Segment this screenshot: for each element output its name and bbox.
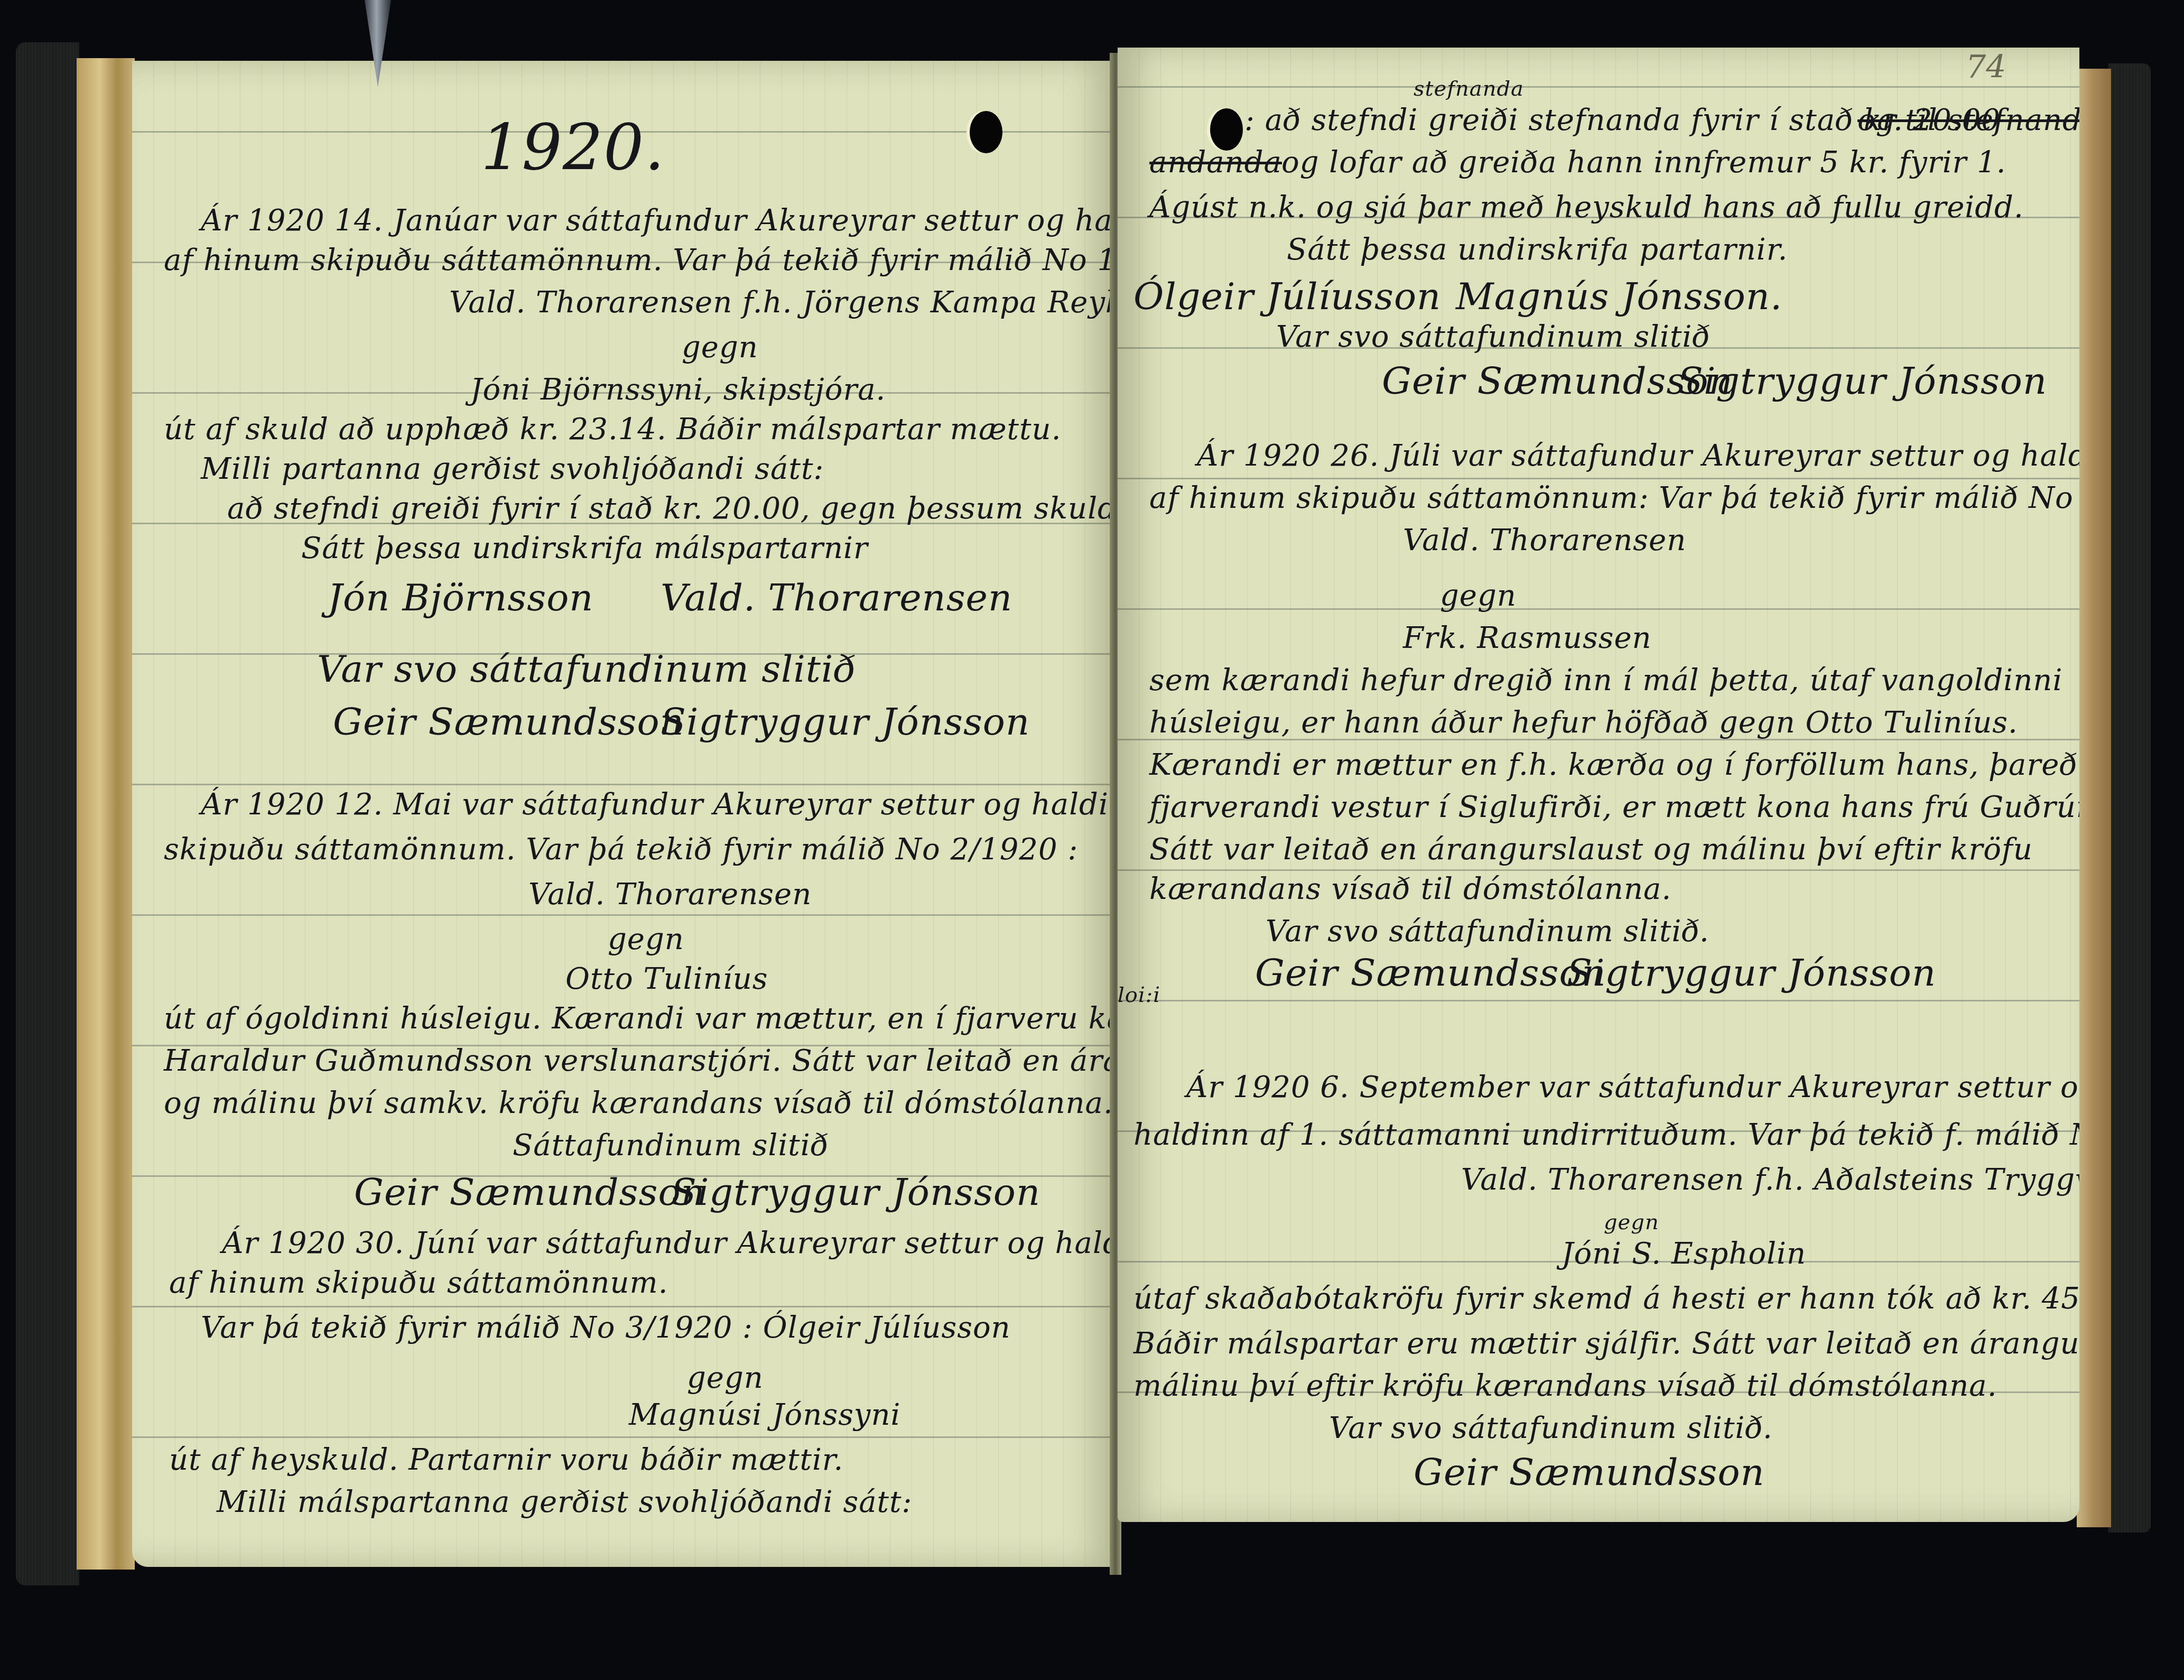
signature: Magnús Jónsson. <box>1456 275 1782 318</box>
signature: Geir Sæmundsson <box>354 1171 705 1214</box>
entry-line: af hinum skipuðu sáttamönnum. <box>169 1266 668 1300</box>
closing-line: Var svo sáttafundinum slitið. <box>1329 1411 1773 1445</box>
entry-line: Var þá tekið fyrir málið No 3/1920 : Ólg… <box>201 1311 1011 1345</box>
party-defendant: Frk. Rasmussen <box>1403 621 1652 655</box>
page-block-edge-right <box>2077 69 2111 1527</box>
entry-line: kærandans vísað til dómstólanna. <box>1149 872 1671 906</box>
signature: Sigtryggur Jónsson <box>661 700 1030 744</box>
signature: Sigtryggur Jónsson <box>1567 951 1936 995</box>
entry-line: út af heyskuld. Partarnir voru báðir mæt… <box>169 1443 843 1477</box>
entry-line: út af skuld að upphæð kr. 23.14. Báðir m… <box>164 412 1061 447</box>
entry-line: haldinn af 1. sáttamanni undirrituðum. V… <box>1133 1118 2079 1152</box>
punch-hole-icon <box>1210 108 1243 151</box>
entry-line: Sátt þessa undirskrifa partarnir. <box>1287 233 1788 267</box>
book-cover-left <box>16 42 79 1585</box>
entry-line: Milli partanna gerðist svohljóðandi sátt… <box>201 452 824 486</box>
entry-line: út af ógoldinni húsleigu. Kærandi var mæ… <box>164 1001 1115 1036</box>
signature: Geir Sæmundsson <box>333 700 684 744</box>
right-page: stefnanda : að stefndi greiði stefnanda … <box>1118 48 2079 1522</box>
entry-line: og lofar að greiða hann innfremur 5 kr. … <box>1281 145 2006 180</box>
entry-line: sem kærandi hefur dregið inn í mál þetta… <box>1149 663 2062 698</box>
entry-line: málinu því eftir kröfu kærandans vísað t… <box>1133 1369 1997 1403</box>
party-defendant: Jóni S. Espholin <box>1562 1237 1806 1271</box>
closing-line: Var svo sáttafundinum slitið <box>317 647 857 691</box>
entry-line: Sátt var leitað en árangurslaust og máli… <box>1149 832 2033 867</box>
party-defendant: Jóni Björnssyni, skipstjóra. <box>470 373 886 407</box>
signature: Sigtryggur Jónsson <box>671 1171 1040 1214</box>
insertion-note: stefnanda <box>1414 77 1524 101</box>
party-plaintiff: Vald. Thorarensen <box>1403 523 1686 558</box>
page-number: 74 <box>1966 49 2006 86</box>
book-cover-right <box>2108 63 2151 1533</box>
entry-line: Sátt þessa undirskrifa málspartarnir <box>301 531 868 565</box>
party-plaintiff: Vald. Thorarensen <box>528 877 812 912</box>
versus-label: gegn <box>1604 1210 1659 1235</box>
signature: Sigtryggur Jónsson <box>1678 359 2047 403</box>
signature: Jón Björnsson <box>328 576 593 619</box>
entry-line: húsleigu, er hann áður hefur höfðað gegn… <box>1149 706 2018 740</box>
signature: Geir Sæmundsson <box>1255 951 1606 995</box>
year-heading: 1920. <box>481 111 665 184</box>
struck-text: og til stefnanda <box>1857 103 2079 137</box>
entry-line: Haraldur Guðmundsson verslunarstjóri. Sá… <box>164 1044 1115 1078</box>
entry-line: af hinum skipuðu sáttamönnum: Var þá tek… <box>1149 481 2079 515</box>
entry-line: Ár 1920 6. September var sáttafundur Aku… <box>1186 1070 2079 1104</box>
signature: Ólgeir Júlíusson <box>1133 275 1441 318</box>
party-plaintiff: Vald. Thorarensen f.h. Aðalsteins Tryggv… <box>1461 1163 2079 1197</box>
entry-line: og málinu því samkv. kröfu kærandans vís… <box>164 1086 1113 1120</box>
entry-line: Kærandi er mættur en f.h. kærða og í for… <box>1149 748 2079 782</box>
closing-line: Sáttafundinum slitið <box>513 1128 829 1163</box>
versus-label: gegn <box>687 1361 764 1395</box>
party-defendant: Otto Tuliníus <box>565 962 768 996</box>
margin-note: loi:i <box>1118 983 1160 1007</box>
party-plaintiff: Vald. Thorarensen f.h. Jörgens Kampa Rey… <box>449 285 1115 320</box>
signature: Geir Sæmundsson <box>1414 1451 1765 1494</box>
left-page: 1920. Ár 1920 14. Janúar var sáttafundur… <box>132 61 1115 1567</box>
page-block-edge-left <box>77 58 135 1570</box>
versus-label: gegn <box>608 922 684 957</box>
struck-text: andanda <box>1149 145 1282 180</box>
signature: Vald. Thorarensen <box>661 576 1012 619</box>
entry-line: fjarverandi vestur í Siglufirði, er mætt… <box>1149 790 2079 824</box>
entry-line: af hinum skipuðu sáttamönnum. Var þá tek… <box>164 243 1115 277</box>
closing-line: Var svo sáttafundinum slitið <box>1276 320 1711 354</box>
entry-line: Ágúst n.k. og sjá þar með heyskuld hans … <box>1149 190 2024 225</box>
entry-line: Ár 1920 26. Júli var sáttafundur Akureyr… <box>1197 439 2079 473</box>
versus-label: gegn <box>1440 579 1517 613</box>
entry-line: að stefndi greiði fyrir í stað kr. 20.00… <box>227 491 1115 526</box>
entry-line: Milli málspartanna gerðist svohljóðandi … <box>217 1485 912 1519</box>
punch-hole-icon <box>970 111 1002 153</box>
entry-line: útaf skaðabótakröfu fyrir skemd á hesti … <box>1133 1282 2079 1316</box>
entry-line: Báðir málspartar eru mættir sjálfir. Sát… <box>1133 1326 2079 1361</box>
versus-label: gegn <box>682 330 758 365</box>
entry-line: skipuðu sáttamönnum. Var þá tekið fyrir … <box>164 832 1078 867</box>
entry-line: Ár 1920 14. Janúar var sáttafundur Akure… <box>201 203 1115 238</box>
party-defendant: Magnúsi Jónssyni <box>629 1398 900 1432</box>
closing-line: Var svo sáttafundinum slitið. <box>1266 914 1709 949</box>
entry-line: Ár 1920 12. Mai var sáttafundur Akureyra… <box>201 787 1115 822</box>
entry-line: Ár 1920 30. Júní var sáttafundur Akureyr… <box>222 1226 1115 1260</box>
